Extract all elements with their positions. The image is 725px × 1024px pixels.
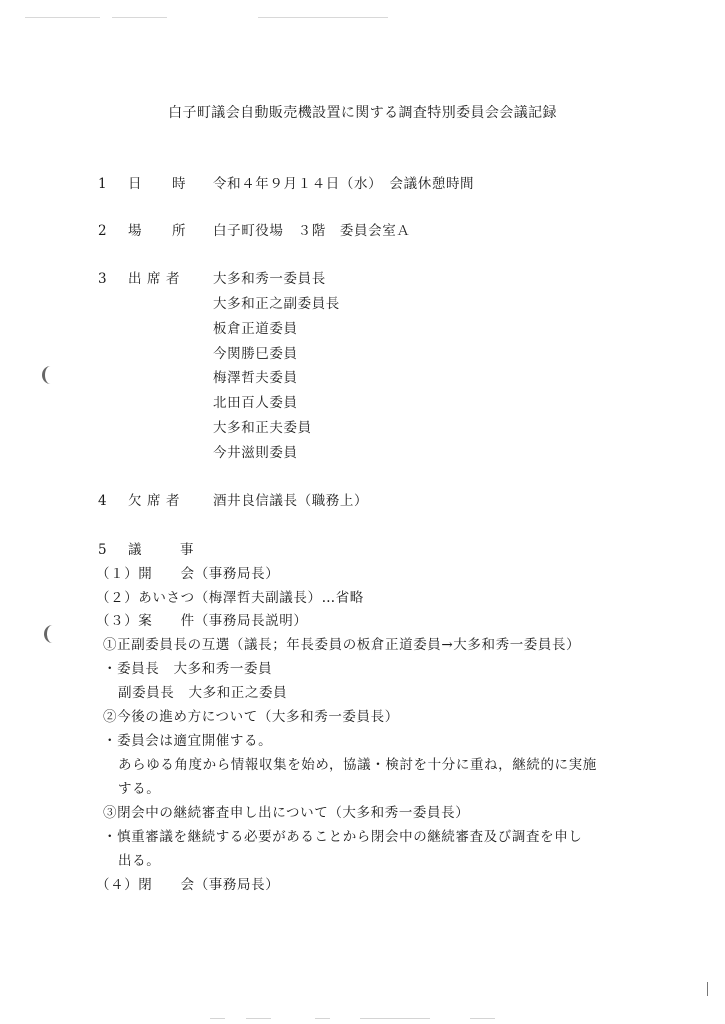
document-title-text: 白子町議会自動販売機設置に関する調査特別委員会会議記録	[168, 105, 557, 121]
scan-artifact-bottom	[360, 1018, 430, 1019]
attendee: 大多和秀一委員長	[213, 271, 326, 287]
punch-hole-mark	[42, 366, 59, 384]
section-label: 所	[172, 223, 186, 239]
agenda-detail: ・慎重審議を継続する必要があることから閉会中の継続審査及び調査を申し	[103, 829, 582, 845]
punch-hole-mark	[44, 625, 61, 643]
section-label: 場	[128, 223, 142, 239]
agenda-item: （３）案 件（事務局長説明）	[96, 613, 308, 629]
agenda-subitem: ③閉会中の継続審査申し出について（大多和秀一委員長）	[103, 805, 469, 821]
agenda-detail: 副委員長 大多和正之委員	[118, 685, 287, 701]
meeting-date: 令和４年９月１４日（水） 会議休憩時間	[213, 176, 474, 192]
section-label: 出 席 者	[128, 271, 180, 287]
attendee: 今井滋則委員	[213, 445, 298, 461]
attendee: 大多和正夫委員	[213, 420, 312, 436]
attendee: 梅澤哲夫委員	[213, 370, 298, 386]
agenda-subitem: ①正副委員長の互選（議長；年長委員の板倉正道委員→大多和秀一委員長）	[103, 637, 580, 653]
section-label: 時	[172, 176, 186, 192]
section-label: 議	[128, 542, 142, 558]
attendee: 大多和正之副委員長	[213, 296, 340, 312]
section-number: 1	[98, 176, 107, 192]
agenda-item: （２）あいさつ（梅澤哲夫副議長）…省略	[96, 590, 364, 606]
section-number: 5	[98, 542, 107, 558]
scan-artifact-top	[258, 17, 388, 18]
scan-artifact-edge	[707, 982, 708, 996]
section-number: 4	[98, 493, 107, 509]
absentee: 酒井良信議長（職務上）	[213, 493, 368, 509]
attendee: 今関勝巳委員	[213, 346, 298, 362]
agenda-detail: する。	[118, 781, 160, 797]
agenda-detail: ・委員会は適宜開催する。	[103, 733, 272, 749]
agenda-item: （１）開 会（事務局長）	[96, 566, 279, 582]
attendee: 北田百人委員	[213, 395, 298, 411]
agenda-subitem: ②今後の進め方について（大多和秀一委員長）	[103, 709, 399, 725]
document-title: 白子町議会自動販売機設置に関する調査特別委員会会議記録	[0, 102, 725, 122]
agenda-detail: ・委員長 大多和秀一委員	[103, 661, 272, 677]
section-label: 欠 席 者	[128, 493, 180, 509]
agenda-item: （４）閉 会（事務局長）	[96, 877, 279, 893]
agenda-detail: 出る。	[118, 853, 160, 869]
document-page: 白子町議会自動販売機設置に関する調査特別委員会会議記録 1 日 時 令和４年９月…	[0, 0, 725, 1024]
scan-artifact-bottom	[246, 1018, 271, 1019]
scan-artifact-top	[25, 17, 100, 18]
section-number: 3	[98, 271, 107, 287]
scan-artifact-bottom	[210, 1018, 225, 1019]
section-number: 2	[98, 223, 107, 239]
scan-artifact-top	[112, 17, 167, 18]
agenda-detail: あらゆる角度から情報収集を始め，協議・検討を十分に重ね，継続的に実施	[118, 757, 597, 773]
section-label: 事	[180, 542, 194, 558]
section-label: 日	[128, 176, 142, 192]
attendee: 板倉正道委員	[213, 321, 298, 337]
meeting-place: 白子町役場 ３階 委員会室Ａ	[213, 223, 410, 239]
scan-artifact-bottom	[470, 1018, 495, 1019]
scan-artifact-bottom	[315, 1018, 330, 1019]
